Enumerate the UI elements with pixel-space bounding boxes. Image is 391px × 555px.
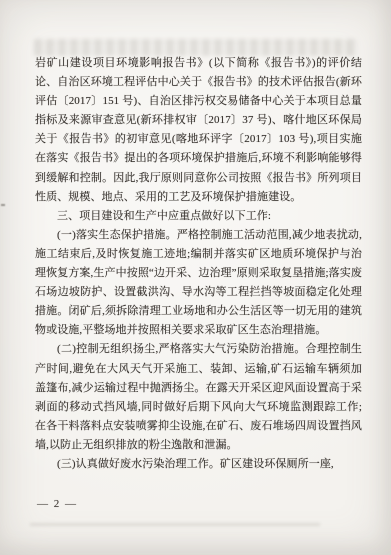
page-number: — 2 — [37,498,78,510]
scan-speck [1,204,5,206]
scanned-document-page: 岩矿山建设项目环境影响报告书》(以下简称《报告书》)的评价结论、自治区环境工程评… [0,0,391,555]
letter-body: 岩矿山建设项目环境影响报告书》(以下简称《报告书》)的评价结论、自治区环境工程评… [35,54,362,474]
paragraph-item-2-dust-control: (二)控制无组织扬尘,严格落实大气污染防治措施。合理控制生产时间,避免在大风天气… [35,340,362,455]
paragraph-item-3-wastewater: (三)认真做好废水污染治理工作。矿区建设环保厕所一座, [35,455,362,474]
section-heading-three: 三、项目建设和生产中应重点做好以下工作: [35,207,362,226]
paragraph-item-1-ecological-protection: (一)落实生态保护措施。严格控制施工活动范围,减少地表扰动,施工结束后,及时恢复… [35,226,362,341]
bleedthrough-ghost-line [30,523,320,526]
paragraph-continuation: 岩矿山建设项目环境影响报告书》(以下简称《报告书》)的评价结论、自治区环境工程评… [35,54,362,207]
